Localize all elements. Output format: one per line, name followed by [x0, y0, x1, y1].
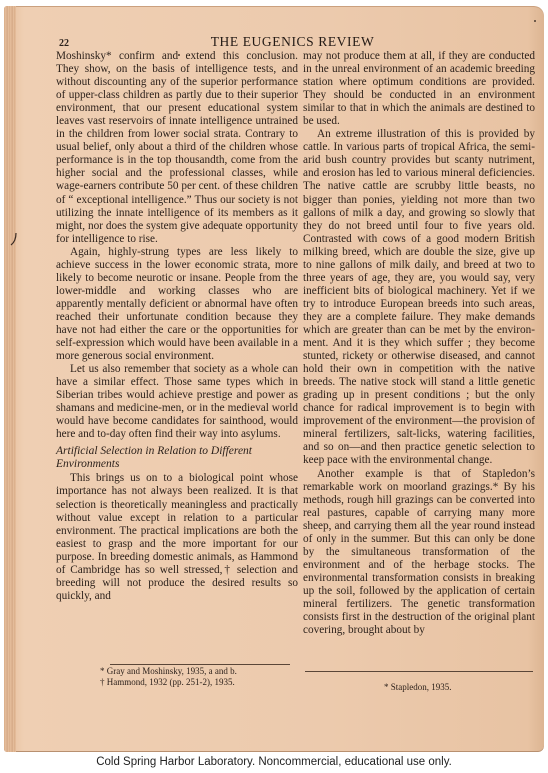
ink-speck: [534, 20, 536, 22]
left-footnotes: * Gray and Moshinsky, 1935, a and b. † H…: [100, 666, 237, 688]
body-paragraph: This brings us on to a biological point …: [56, 472, 298, 602]
credit-line: Cold Spring Harbor Laboratory. Noncommer…: [0, 756, 548, 768]
body-paragraph: Another example is that of Stapledon’s r…: [303, 468, 535, 638]
page-edge-stack: [4, 6, 16, 752]
footnote-rule-right: [305, 671, 533, 672]
footnote: * Stapledon, 1935.: [384, 682, 452, 693]
body-paragraph: Again, highly-strung types are less like…: [56, 246, 298, 363]
pencil-margin-mark-icon: [10, 232, 18, 246]
left-column: Moshinsky* confirm and extend this concl…: [56, 50, 298, 603]
running-title: THE EUGENICS REVIEW: [59, 34, 526, 50]
right-column: may not produce them at all, if they are…: [303, 50, 535, 637]
body-paragraph: may not produce them at all, if they are…: [303, 50, 535, 128]
footnote: * Gray and Moshinsky, 1935, a and b.: [100, 666, 237, 677]
right-footnotes: * Stapledon, 1935.: [384, 682, 452, 693]
body-paragraph: Let us also remember that society as a w…: [56, 363, 298, 441]
body-paragraph: Moshinsky* confirm and extend this concl…: [56, 50, 298, 246]
footnote-rule-left: [110, 664, 290, 665]
section-heading: Artificial Selection in Relation to Diff…: [56, 445, 298, 471]
body-paragraph: An extreme illustration of this is provi…: [303, 128, 535, 467]
footnote: † Hammond, 1932 (pp. 251-2), 1935.: [100, 677, 237, 688]
